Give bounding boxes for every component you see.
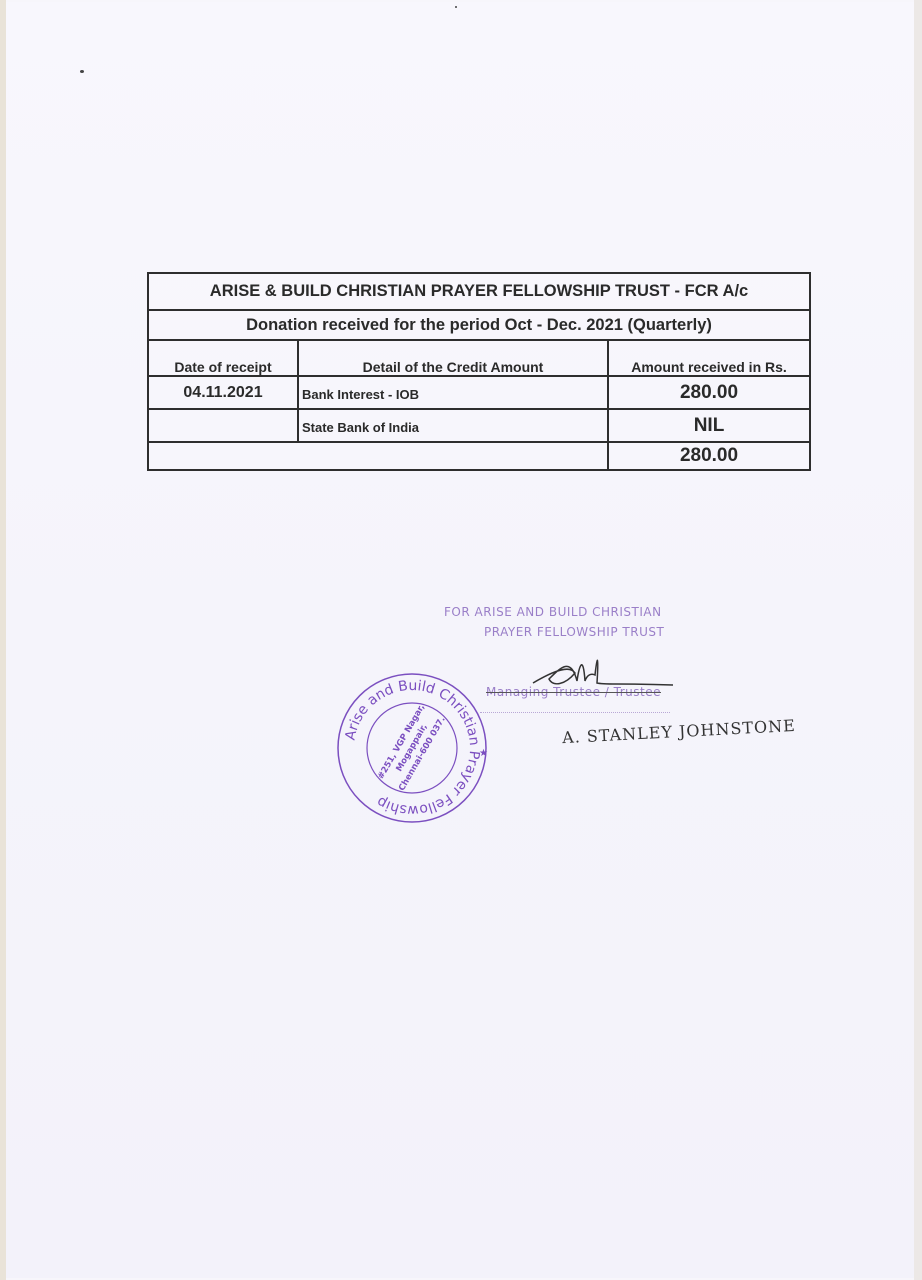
cell-date	[148, 409, 298, 442]
table-row: State Bank of India NIL	[148, 409, 810, 442]
cell-amount: NIL	[608, 409, 810, 442]
document-title: ARISE & BUILD CHRISTIAN PRAYER FELLOWSHI…	[148, 273, 810, 310]
stamp-line-1: FOR ARISE AND BUILD CHRISTIAN	[444, 605, 662, 619]
table-row: 04.11.2021 Bank Interest - IOB 280.00	[148, 376, 810, 409]
scan-speck	[455, 6, 457, 8]
scan-speck	[80, 70, 84, 73]
svg-text:★: ★	[479, 748, 488, 759]
total-row: 280.00	[148, 442, 810, 470]
scanned-page	[6, 2, 914, 1278]
period-subtitle: Donation received for the period Oct - D…	[148, 310, 810, 340]
cell-detail: State Bank of India	[298, 409, 608, 442]
donation-table: ARISE & BUILD CHRISTIAN PRAYER FELLOWSHI…	[147, 272, 811, 471]
trust-seal-icon: Arise and Build Christian Prayer Fellows…	[332, 668, 492, 828]
paper-edge-right	[914, 0, 922, 1280]
signature-icon	[525, 645, 675, 695]
header-detail: Detail of the Credit Amount	[298, 340, 608, 376]
total-amount: 280.00	[608, 442, 810, 470]
cell-date: 04.11.2021	[148, 376, 298, 409]
header-amount: Amount received in Rs.	[608, 340, 810, 376]
total-label-cell	[148, 442, 608, 470]
cell-amount: 280.00	[608, 376, 810, 409]
header-date: Date of receipt	[148, 340, 298, 376]
signature-line	[480, 712, 670, 713]
stamp-line-2: PRAYER FELLOWSHIP TRUST	[484, 625, 664, 639]
cell-detail: Bank Interest - IOB	[298, 376, 608, 409]
